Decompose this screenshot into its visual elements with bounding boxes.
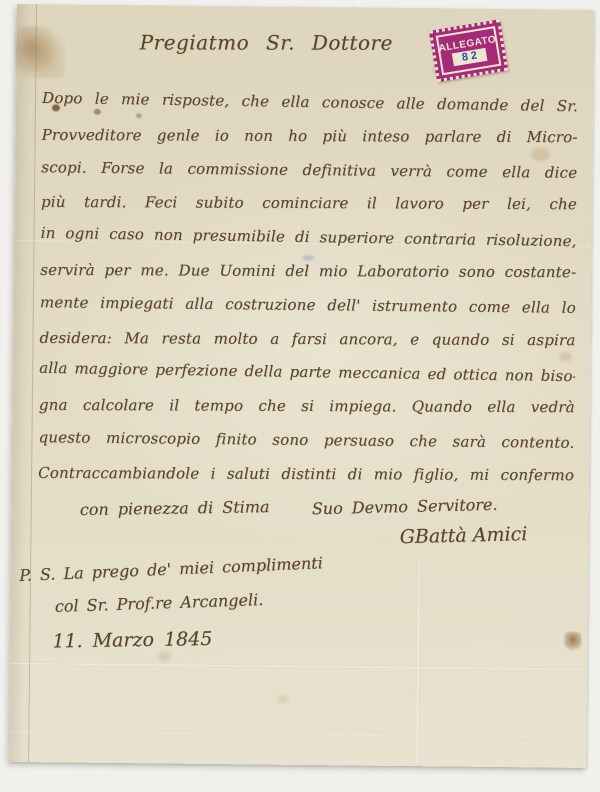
fold-crease-horizontal-lower bbox=[9, 730, 586, 739]
salutation: Pregiatmo Sr. Dottore bbox=[140, 30, 393, 54]
stamp-inner-frame: ALLEGATO 82 bbox=[436, 26, 502, 75]
postscript-line-2: col Sr. Prof.re Arcangeli. bbox=[55, 590, 264, 616]
body-line: in ogni caso non presumibile di superior… bbox=[40, 217, 576, 259]
signature: GBattà Amici bbox=[363, 522, 563, 549]
body-line: alla maggiore perfezione della parte mec… bbox=[39, 352, 575, 394]
body-line: Contraccambiandole i saluti distinti di … bbox=[38, 457, 574, 493]
date-line: 11. Marzo 1845 bbox=[52, 628, 212, 653]
body-line: Provveditore genle io non ho più inteso … bbox=[42, 119, 578, 155]
allegato-archive-stamp: ALLEGATO 82 bbox=[429, 19, 509, 82]
body-line: questo microscopio finito sono persuaso … bbox=[38, 421, 574, 460]
body-line: gna calcolare il tempo che si impiega. Q… bbox=[39, 389, 575, 425]
foxing-spot bbox=[158, 651, 171, 661]
letter-body: Dopo le mie risposte, che ella conosce a… bbox=[38, 83, 578, 494]
valediction: Suo Devmo Servitore. bbox=[312, 495, 498, 519]
postscript-line-1: P. S. La prego de' miei complimenti bbox=[19, 553, 323, 585]
paper-fold-edge bbox=[9, 4, 37, 762]
foxing-spot bbox=[278, 695, 289, 704]
body-line: Dopo le mie risposte, che ella conosce a… bbox=[42, 82, 578, 124]
body-line: più tardi. Feci subito cominciare il lav… bbox=[41, 186, 577, 222]
stain-right-edge bbox=[564, 632, 581, 652]
letter-page: ALLEGATO 82 Pregiatmo Sr. Dottore Dopo l… bbox=[9, 4, 594, 768]
stain-top-left-corner bbox=[14, 26, 65, 79]
fold-crease-vertical bbox=[415, 563, 421, 763]
body-line: servirà per me. Due Uomini del mio Labor… bbox=[40, 254, 576, 290]
body-line: mente impiegati alla costruzione dell' i… bbox=[40, 286, 576, 325]
fold-crease-horizontal-low bbox=[10, 662, 587, 671]
closing-phrase: con pienezza di Stima bbox=[80, 497, 270, 519]
body-line: scopi. Forse la commissione definitiva v… bbox=[41, 151, 577, 190]
